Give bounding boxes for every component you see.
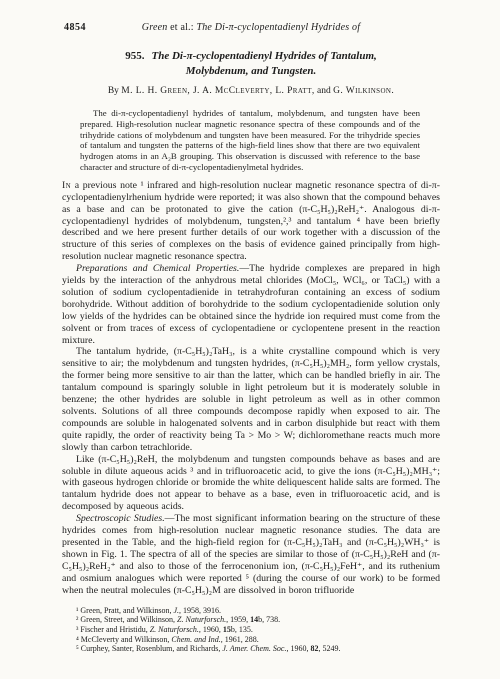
article-title-line-2: Molybdenum, and Tungsten. — [62, 64, 440, 79]
text-run: , 1959, — [226, 615, 250, 624]
text-run: M. L. H. Green, J. A. McCleverty, L. Pra… — [121, 86, 314, 96]
text-run: The Di-π-cyclopentadienyl Hydrides of Ta… — [151, 50, 376, 62]
text-run: Chem. and Ind. — [171, 635, 220, 644]
page-header: 4854 Green et al.: The Di-π-cyclopentadi… — [62, 21, 440, 34]
text-run: b, 135. — [231, 625, 253, 634]
text-run: —The most significant information bearin… — [62, 513, 440, 595]
text-run: The tantalum hydride, (π-C₅H₅)₂TaH₃, is … — [62, 346, 440, 452]
text-run: Z. Naturforsch. — [177, 615, 226, 624]
text-run: The Di-π-cyclopentadienyl Hydrides of — [196, 22, 360, 33]
text-run: Preparations and Chemical Properties. — [76, 263, 239, 274]
byline: By M. L. H. Green, J. A. McCleverty, L. … — [62, 85, 440, 97]
text-run: Like (π-C₅H₅)₂ReH, the molybdenum and tu… — [62, 454, 440, 513]
journal-page-scan: 4854 Green et al.: The Di-π-cyclopentadi… — [0, 0, 500, 679]
footnote-3: ³ Fischer and Hristidu, Z. Naturforsch.,… — [76, 625, 440, 635]
footnote-4: ⁴ McCleverty and Wilkinson, Chem. and In… — [76, 635, 440, 645]
footnotes-block: ¹ Green, Pratt, and Wilkinson, J., 1958,… — [76, 606, 440, 655]
text-run: , 1961, 288. — [221, 635, 259, 644]
text-run: , 5249. — [318, 644, 340, 653]
text-run: G. Wilkinson. — [333, 86, 394, 96]
footnote-2: ² Green, Street, and Wilkinson, Z. Natur… — [76, 615, 440, 625]
text-run: , 1958, 3916. — [179, 606, 221, 615]
text-run: ³ Fischer and Hristidu, — [76, 625, 150, 634]
text-run: Z. Naturforsch. — [150, 625, 199, 634]
text-run: J. Amer. Chem. Soc. — [222, 644, 286, 653]
text-run: 15 — [223, 625, 231, 634]
running-title: Green et al.: The Di-π-cyclopentadienyl … — [62, 21, 440, 34]
text-run: —The hydride complexes are prepared in h… — [62, 263, 440, 345]
text-run: Spectroscopic Studies. — [76, 513, 165, 524]
paragraph-preparations: Preparations and Chemical Properties.—Th… — [62, 263, 440, 346]
paragraph-base-behaviour: Like (π-C₅H₅)₂ReH, the molybdenum and tu… — [62, 454, 440, 514]
abstract: The di-π-cyclopentadienyl hydrides of ta… — [80, 108, 420, 173]
text-run: ⁵ Curphey, Santer, Rosenblum, and Richar… — [76, 644, 222, 653]
text-run: and — [315, 86, 333, 96]
text-run: ² Green, Street, and Wilkinson, — [76, 615, 177, 624]
text-run: ¹ Green, Pratt, and Wilkinson, — [76, 606, 173, 615]
text-run: a previous note ¹ infrared and high-reso… — [62, 180, 440, 262]
text-run: Molybdenum, and Tungsten. — [186, 65, 316, 77]
text-run: , 1960, — [286, 644, 310, 653]
paragraph-spectroscopic-studies: Spectroscopic Studies.—The most signific… — [62, 513, 440, 596]
article-title-block: 955.The Di-π-cyclopentadienyl Hydrides o… — [62, 49, 440, 78]
footnote-1: ¹ Green, Pratt, and Wilkinson, J., 1958,… — [76, 606, 440, 616]
text-run: et al.: — [167, 22, 196, 33]
text-run: 14 — [250, 615, 258, 624]
paragraph-tantalum-hydride: The tantalum hydride, (π-C₅H₅)₂TaH₃, is … — [62, 346, 440, 453]
text-run: ⁴ McCleverty and Wilkinson, — [76, 635, 171, 644]
text-run: By — [108, 86, 121, 96]
page-number: 4854 — [64, 21, 86, 34]
text-run: b, 738. — [258, 615, 280, 624]
text-run: , 1960, — [199, 625, 223, 634]
text-run: Green — [142, 22, 168, 33]
paragraph-introduction: In a previous note ¹ infrared and high-r… — [62, 180, 440, 263]
text-run: 955. — [125, 50, 144, 62]
footnote-5: ⁵ Curphey, Santer, Rosenblum, and Richar… — [76, 644, 440, 654]
article-title-line-1: 955.The Di-π-cyclopentadienyl Hydrides o… — [62, 49, 440, 64]
text-run: In — [62, 180, 71, 191]
